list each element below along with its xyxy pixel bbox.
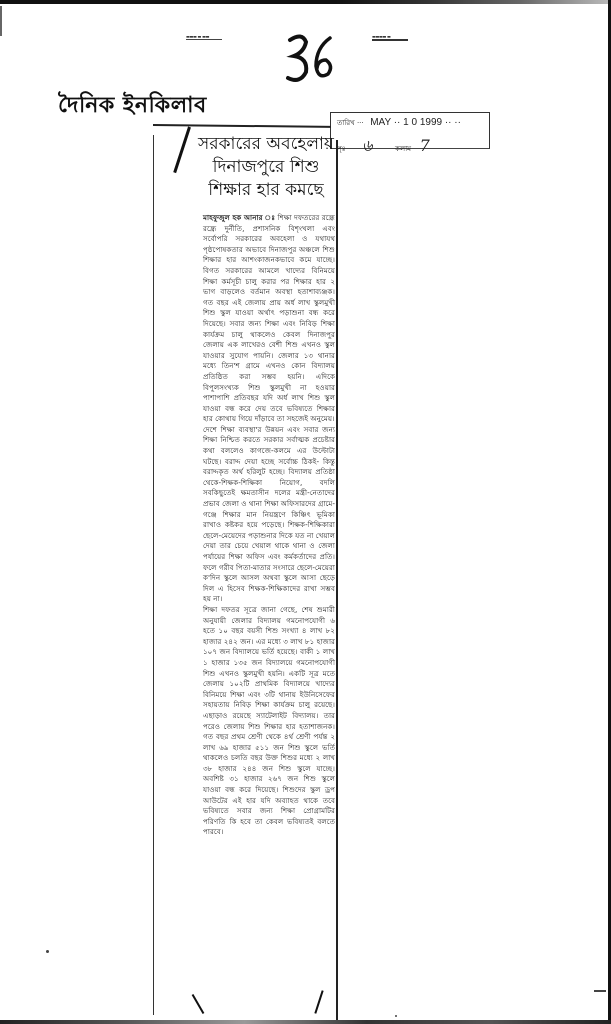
article-paragraph: মাহফুজুল হক আনার ঃ শিক্ষা দফতরের রন্ধ্রে… — [203, 213, 335, 425]
article-body: মাহফুজুল হক আনার ঃ শিক্ষা দফতরের রন্ধ্রে… — [203, 213, 335, 838]
archive-stamp-left: ▬▬▬ ▬ ▬▬ — [186, 35, 222, 40]
date-row: তারিখ ··· MAY ·· 1 0 1999 ·· ·· — [337, 117, 461, 129]
scan-speck — [46, 950, 49, 953]
headline-line: দিনাজপুরে শিশু — [196, 156, 336, 179]
article-headline: সরকারের অবহেলায় দিনাজপুরে শিশু শিক্ষার … — [196, 133, 336, 202]
page-column-row: পৃঃ ৬ কলাম 7 — [337, 133, 450, 160]
article-paragraph: শিক্ষা দফতর সূত্রে জানা গেছে, শেষ শুমারী… — [203, 605, 335, 838]
handwritten-page-number: 36 — [280, 30, 340, 90]
archive-stamp-right: ▬▬▬▬ ▬ — [372, 35, 408, 41]
article-border-right — [336, 140, 338, 1020]
scan-left-edge — [0, 6, 2, 36]
scan-bottom-edge — [0, 1020, 611, 1024]
page-value: ৬ — [362, 136, 372, 155]
newspaper-masthead: দৈনিক ইনকিলাব — [58, 88, 207, 125]
column-label: কলাম — [395, 145, 411, 153]
date-stamp-box: তারিখ ··· MAY ·· 1 0 1999 ·· ·· পৃঃ ৬ কল… — [330, 112, 490, 149]
headline-line: শিক্ষার হার কমছে — [196, 179, 336, 202]
article-paragraph: দেশে শিক্ষা ব্যবস্থা'র উন্নয়ন এবং সবার … — [203, 425, 335, 605]
scan-speck — [594, 990, 606, 992]
column-value: 7 — [420, 136, 430, 155]
page-label: পৃঃ — [337, 145, 345, 153]
article-byline: মাহফুজুল হক আনার ঃ — [203, 213, 275, 222]
scan-top-edge — [0, 0, 611, 4]
headline-line: সরকারের অবহেলায় — [196, 133, 336, 156]
date-label: তারিখ ··· — [337, 119, 364, 127]
scan-speck — [395, 1015, 397, 1017]
date-value: MAY ·· 1 0 1999 ·· ·· — [370, 117, 461, 128]
